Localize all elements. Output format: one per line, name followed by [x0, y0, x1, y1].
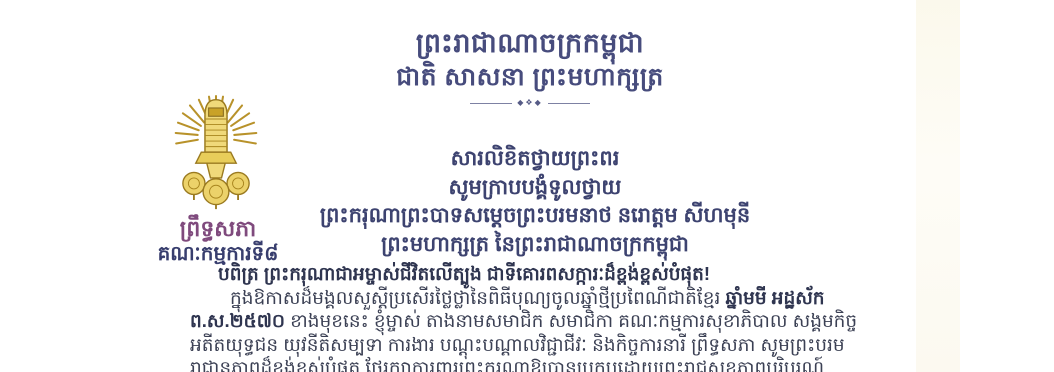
ornamental-divider: ◆❖◆: [250, 99, 810, 107]
body-line-2: ព.ស.២៥៧០ ខាងមុខនេះ ខ្ញុំម្ចាស់ តាងនាមសមា…: [190, 309, 870, 333]
divider-line-right: [548, 103, 590, 104]
body-line-1-bold-text: ឆ្នាំមមី អដ្ឋស័ក: [725, 287, 824, 308]
body-line-1: ក្នុងឱកាសដ៏មង្គលសួស្ដីប្រសើរថ្លៃថ្លានៃពិ…: [190, 286, 870, 310]
national-motto: ជាតិ សាសនា ព្រះមហាក្សត្រ: [250, 61, 810, 94]
letter-title-block: សារលិខិតថ្វាយព្រះពរ សូមក្រាបបង្គំទូលថ្វា…: [205, 145, 865, 259]
document-page: ព្រះរាជាណាចក្រកម្ពុជា ជាតិ សាសនា ព្រះមហា…: [0, 0, 1054, 372]
letter-title-line-1: សារលិខិតថ្វាយព្រះពរ: [205, 145, 865, 174]
body-line-2-text: ខាងមុខនេះ ខ្ញុំម្ចាស់ តាងនាមសមាជិក សមាជិ…: [285, 310, 857, 331]
body-line-1-text: ក្នុងឱកាសដ៏មង្គលសួស្ដីប្រសើរថ្លៃថ្លានៃពិ…: [230, 287, 725, 308]
letter-body: បពិត្រ ព្រះករុណាជាអម្ចាស់ជីវិតលើត្បូង ជា…: [190, 262, 870, 372]
scan-artifact-band: [916, 0, 960, 372]
divider-line-left: [470, 103, 512, 104]
body-line-2-bold-text: ព.ស.២៥៧០: [190, 310, 285, 331]
letter-title-line-3: ព្រះករុណាព្រះបាទសម្ដេចព្រះបរមនាថ នរោត្តម…: [205, 202, 865, 231]
letter-title-line-4: ព្រះមហាក្សត្រ នៃព្រះរាជាណាចក្រកម្ពុជា: [205, 231, 865, 260]
kingdom-title: ព្រះរាជាណាចក្រកម្ពុជា: [250, 26, 810, 61]
salutation-line: បពិត្រ ព្រះករុណាជាអម្ចាស់ជីវិតលើត្បូង ជា…: [190, 262, 870, 286]
letter-title-line-2: សូមក្រាបបង្គំទូលថ្វាយ: [205, 174, 865, 203]
body-line-3: អតីតយុទ្ធជន យុវនីតិសម្បទា ការងារ បណ្ដុះប…: [190, 333, 870, 357]
body-line-4-clipped: រាជានុភាពដ៏ខ្ពង់ខ្ពស់បំផុត ថែរក្សាការពារ…: [190, 356, 870, 372]
divider-ornament-glyphs: ◆❖◆: [517, 99, 542, 107]
national-header: ព្រះរាជាណាចក្រកម្ពុជា ជាតិ សាសនា ព្រះមហា…: [250, 26, 810, 107]
